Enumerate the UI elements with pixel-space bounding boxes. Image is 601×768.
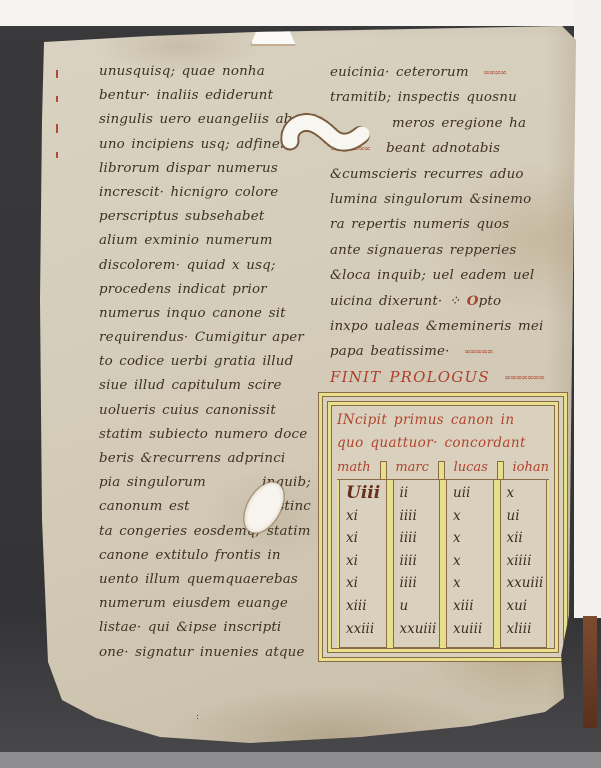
manuscript-line: inxpo ualeas &memineris mei — [330, 314, 566, 339]
canon-cell: xliii — [507, 618, 547, 641]
line-fragment: pia singulorum — [99, 471, 206, 495]
manuscript-line: statim subiecto numero doce — [99, 423, 317, 447]
line-fragment: beant adnotabis — [386, 141, 500, 156]
manuscript-line: euicinia· ceterorum ∞∞∞∞ — [330, 60, 566, 85]
canon-table-outer-band: INcipit primus canon in quo quattuor· co… — [322, 396, 564, 658]
column-header-math: math — [337, 460, 371, 475]
column-header-marc: marc — [395, 460, 429, 475]
canon-cell: xii — [507, 527, 547, 550]
canon-column-iohan: x ui xii xiiii xxuiii xui xliii — [500, 480, 548, 648]
canon-cell: x — [453, 527, 493, 550]
canon-cell: x — [453, 505, 493, 528]
canon-cell: Uiii — [346, 482, 386, 505]
ink-speck: : — [196, 712, 199, 720]
canon-table-inner-band: INcipit primus canon in quo quattuor· co… — [327, 401, 559, 653]
manuscript-line: bentur· inaliis ediderunt — [99, 84, 317, 108]
column-header-iohan: iohan — [512, 460, 548, 475]
manuscript-line: discolorem· quiad x usq; — [99, 254, 317, 278]
margin-tick — [56, 124, 58, 133]
canon-cell: u — [400, 595, 440, 618]
manuscript-line: &loca inquib; uel eadem uel — [330, 263, 566, 288]
manuscript-line: perscriptus subsehabet — [99, 205, 317, 229]
canon-table-title: quo quattuor· concordant — [337, 432, 549, 455]
canon-cell: xxuiii — [507, 572, 547, 595]
canon-cell: ui — [507, 505, 547, 528]
manuscript-line: increscit· hicnigro colore — [99, 181, 317, 205]
canon-cell: xiii — [453, 595, 493, 618]
manuscript-line: papa beatissime· ∞∞∞∞∞ — [330, 339, 566, 364]
opto-initial: O — [467, 293, 479, 309]
canon-cell: ii — [400, 482, 440, 505]
canon-cell: uii — [453, 482, 493, 505]
canon-cell: x — [453, 572, 493, 595]
canon-cell: xiii — [346, 595, 386, 618]
manuscript-line: meros eregione ha — [392, 111, 566, 136]
margin-tick — [56, 96, 58, 102]
manuscript-line: requirendus· Cumigitur aper — [99, 326, 317, 350]
header-separator-bar — [380, 461, 387, 480]
manuscript-line: lumina singulorum &sinemo — [330, 187, 566, 212]
parchment-hole-s — [278, 111, 370, 163]
manuscript-line: uento illum quemquaerebas — [99, 568, 317, 592]
manuscript-line: uolueris cuius canonissit — [99, 399, 317, 423]
column-header-lucas: lucas — [454, 460, 488, 475]
manuscript-line: ra repertis numeris quos — [330, 212, 566, 237]
canon-table-title: INcipit primus canon in — [337, 409, 549, 432]
text-column-right: euicinia· ceterorum ∞∞∞∞ tramitib; inspe… — [330, 60, 566, 390]
manuscript-line: canone extitulo frontis in — [99, 544, 317, 568]
canon-column-lucas: uii x x x x xiii xuiii — [446, 480, 494, 648]
canon-cell: x — [453, 550, 493, 573]
line-fragment: pto — [479, 294, 502, 309]
red-chain-decoration: ∞∞∞∞∞∞∞ — [504, 373, 544, 382]
manuscript-line: alium exminio numerum — [99, 229, 317, 253]
photo-background-right — [574, 0, 601, 618]
canon-table-content: INcipit primus canon in quo quattuor· co… — [331, 405, 555, 649]
canon-table-body: Uiii xi xi xi xi xiii xxiii ii iiii — [337, 479, 549, 648]
canon-cell: iiii — [400, 527, 440, 550]
manuscript-line: ante signaueras repperies — [330, 238, 566, 263]
manuscript-line: procedens indicat prior — [99, 278, 317, 302]
manuscript-line: uicina dixerunt· ⁘ Opto — [330, 289, 566, 314]
line-fragment: uicina dixerunt· ⁘ — [330, 294, 460, 309]
manuscript-line: siue illud capitulum scire — [99, 374, 317, 398]
manuscript-photo: unusquisq; quae nonha bentur· inaliis ed… — [0, 0, 601, 768]
red-chain-decoration: ∞∞∞∞∞ — [464, 347, 492, 356]
canon-cell: xi — [346, 550, 386, 573]
canon-cell: xi — [346, 527, 386, 550]
line-fragment: euicinia· ceterorum — [330, 65, 469, 80]
canon-cell: iiii — [400, 572, 440, 595]
photo-background-bottom — [0, 752, 601, 768]
manuscript-line: beris &recurrens adprinci — [99, 447, 317, 471]
canon-table-header-row: math marc lucas iohan — [337, 455, 549, 479]
manuscript-line: unusquisq; quae nonha — [99, 60, 317, 84]
canon-cell: xxuiii — [400, 618, 440, 641]
canon-cell: xuiii — [453, 618, 493, 641]
canon-table: INcipit primus canon in quo quattuor· co… — [318, 392, 568, 662]
manuscript-line: numerus inquo canone sit — [99, 302, 317, 326]
margin-tick — [56, 152, 58, 158]
canon-cell: xxiii — [346, 618, 386, 641]
header-separator-bar — [438, 461, 445, 480]
red-chain-decoration: ∞∞∞∞ — [483, 68, 506, 77]
canon-cell: xiiii — [507, 550, 547, 573]
manuscript-line: listae· qui &ipse inscripti — [99, 616, 317, 640]
canon-column-math: Uiii xi xi xi xi xiii xxiii — [339, 480, 387, 648]
line-fragment: papa beatissime· — [330, 345, 450, 360]
manuscript-line: one· signatur inuenies atque — [99, 641, 317, 665]
manuscript-line: numerum eiusdem euange — [99, 592, 317, 616]
canon-cell: xui — [507, 595, 547, 618]
finit-prologus-text: FINIT PROLOGUS — [330, 368, 490, 386]
canon-cell: x — [507, 482, 547, 505]
manuscript-line: ta congeries eosdemq; statim — [99, 520, 317, 544]
canon-cell: iiii — [400, 550, 440, 573]
manuscript-line: to codice uerbi gratia illud — [99, 350, 317, 374]
finit-prologus-line: FINIT PROLOGUS ∞∞∞∞∞∞∞ — [330, 365, 566, 390]
header-separator-bar — [497, 461, 504, 480]
canon-column-marc: ii iiii iiii iiii iiii u xxuiii — [393, 480, 441, 648]
line-fragment: canonum est — [99, 495, 190, 519]
canon-cell: iiii — [400, 505, 440, 528]
manuscript-line: tramitib; inspectis quosnu — [330, 85, 566, 110]
canon-cell: xi — [346, 572, 386, 595]
canon-cell: xi — [346, 505, 386, 528]
binding-notch — [250, 24, 296, 46]
manuscript-line: &cumscieris recurres aduo — [330, 162, 566, 187]
margin-tick — [56, 70, 58, 78]
book-edge-strip — [583, 616, 597, 728]
photo-background-top — [0, 0, 601, 26]
parchment-page: unusquisq; quae nonha bentur· inaliis ed… — [0, 0, 601, 768]
